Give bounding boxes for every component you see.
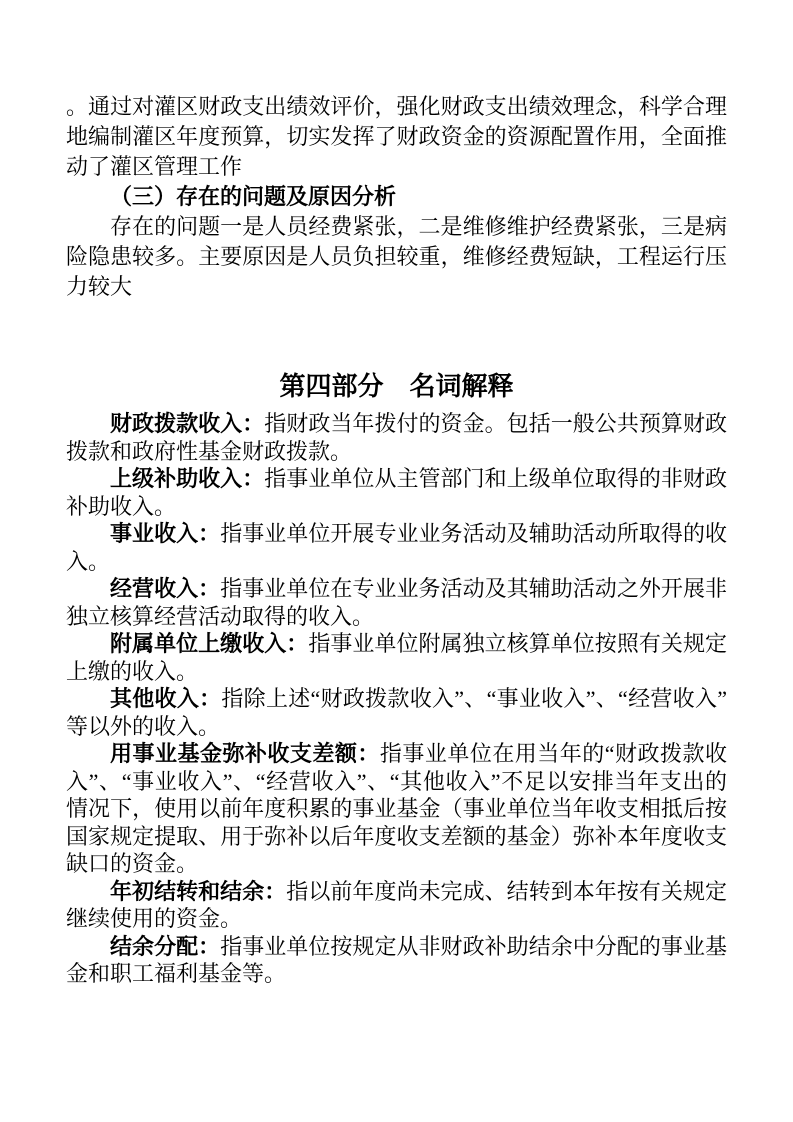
glossary-section: 财政拨款收入：指财政当年拨付的资金。包括一般公共预算财政拨款和政府性基金财政拨款… [66,410,727,988]
definition-paragraph: 经营收入：指事业单位在专业业务活动及其辅助活动之外开展非独立核算经营活动取得的收… [66,575,727,630]
definition-paragraph: 上级补助收入：指事业单位从主管部门和上级单位取得的非财政补助收入。 [66,465,727,520]
problems-paragraph: 存在的问题一是人员经费紧张，二是维修维护经费紧张，三是病险隐患较多。主要原因是人… [66,212,727,302]
section-heading-part4: 第四部分 名词解释 [66,370,727,404]
definition-term: 上级补助收入： [110,466,264,491]
definition-term: 用事业基金弥补收支差额： [110,741,380,766]
definition-term: 事业收入： [110,521,220,546]
definition-term: 结余分配： [110,934,220,959]
definition-term: 财政拨款收入： [110,411,264,436]
definition-term: 经营收入： [110,576,220,601]
definition-term: 其他收入： [110,686,221,711]
subsection-heading-problems: （三）存在的问题及原因分析 [66,182,727,212]
definition-paragraph: 附属单位上缴收入：指事业单位附属独立核算单位按照有关规定上缴的收入。 [66,630,727,685]
intro-section: 。通过对灌区财政支出绩效评价，强化财政支出绩效理念，科学合理地编制灌区年度预算，… [66,92,727,302]
definition-term: 附属单位上缴收入： [110,631,308,656]
definition-paragraph: 财政拨款收入：指财政当年拨付的资金。包括一般公共预算财政拨款和政府性基金财政拨款… [66,410,727,465]
definition-paragraph: 其他收入：指除上述“财政拨款收入”、“事业收入”、“经营收入”等以外的收入。 [66,685,727,740]
definition-term: 年初结转和结余： [110,879,286,904]
definition-paragraph: 年初结转和结余：指以前年度尚未完成、结转到本年按有关规定继续使用的资金。 [66,878,727,933]
document-content: 。通过对灌区财政支出绩效评价，强化财政支出绩效理念，科学合理地编制灌区年度预算，… [66,0,727,988]
definition-paragraph: 用事业基金弥补收支差额：指事业单位在用当年的“财政拨款收入”、“事业收入”、“经… [66,740,727,878]
continuation-paragraph: 。通过对灌区财政支出绩效评价，强化财政支出绩效理念，科学合理地编制灌区年度预算，… [66,92,727,182]
document-page: 。通过对灌区财政支出绩效评价，强化财政支出绩效理念，科学合理地编制灌区年度预算，… [0,0,793,1122]
definition-paragraph: 事业收入：指事业单位开展专业业务活动及辅助活动所取得的收入。 [66,520,727,575]
definition-paragraph: 结余分配：指事业单位按规定从非财政补助结余中分配的事业基金和职工福利基金等。 [66,933,727,988]
